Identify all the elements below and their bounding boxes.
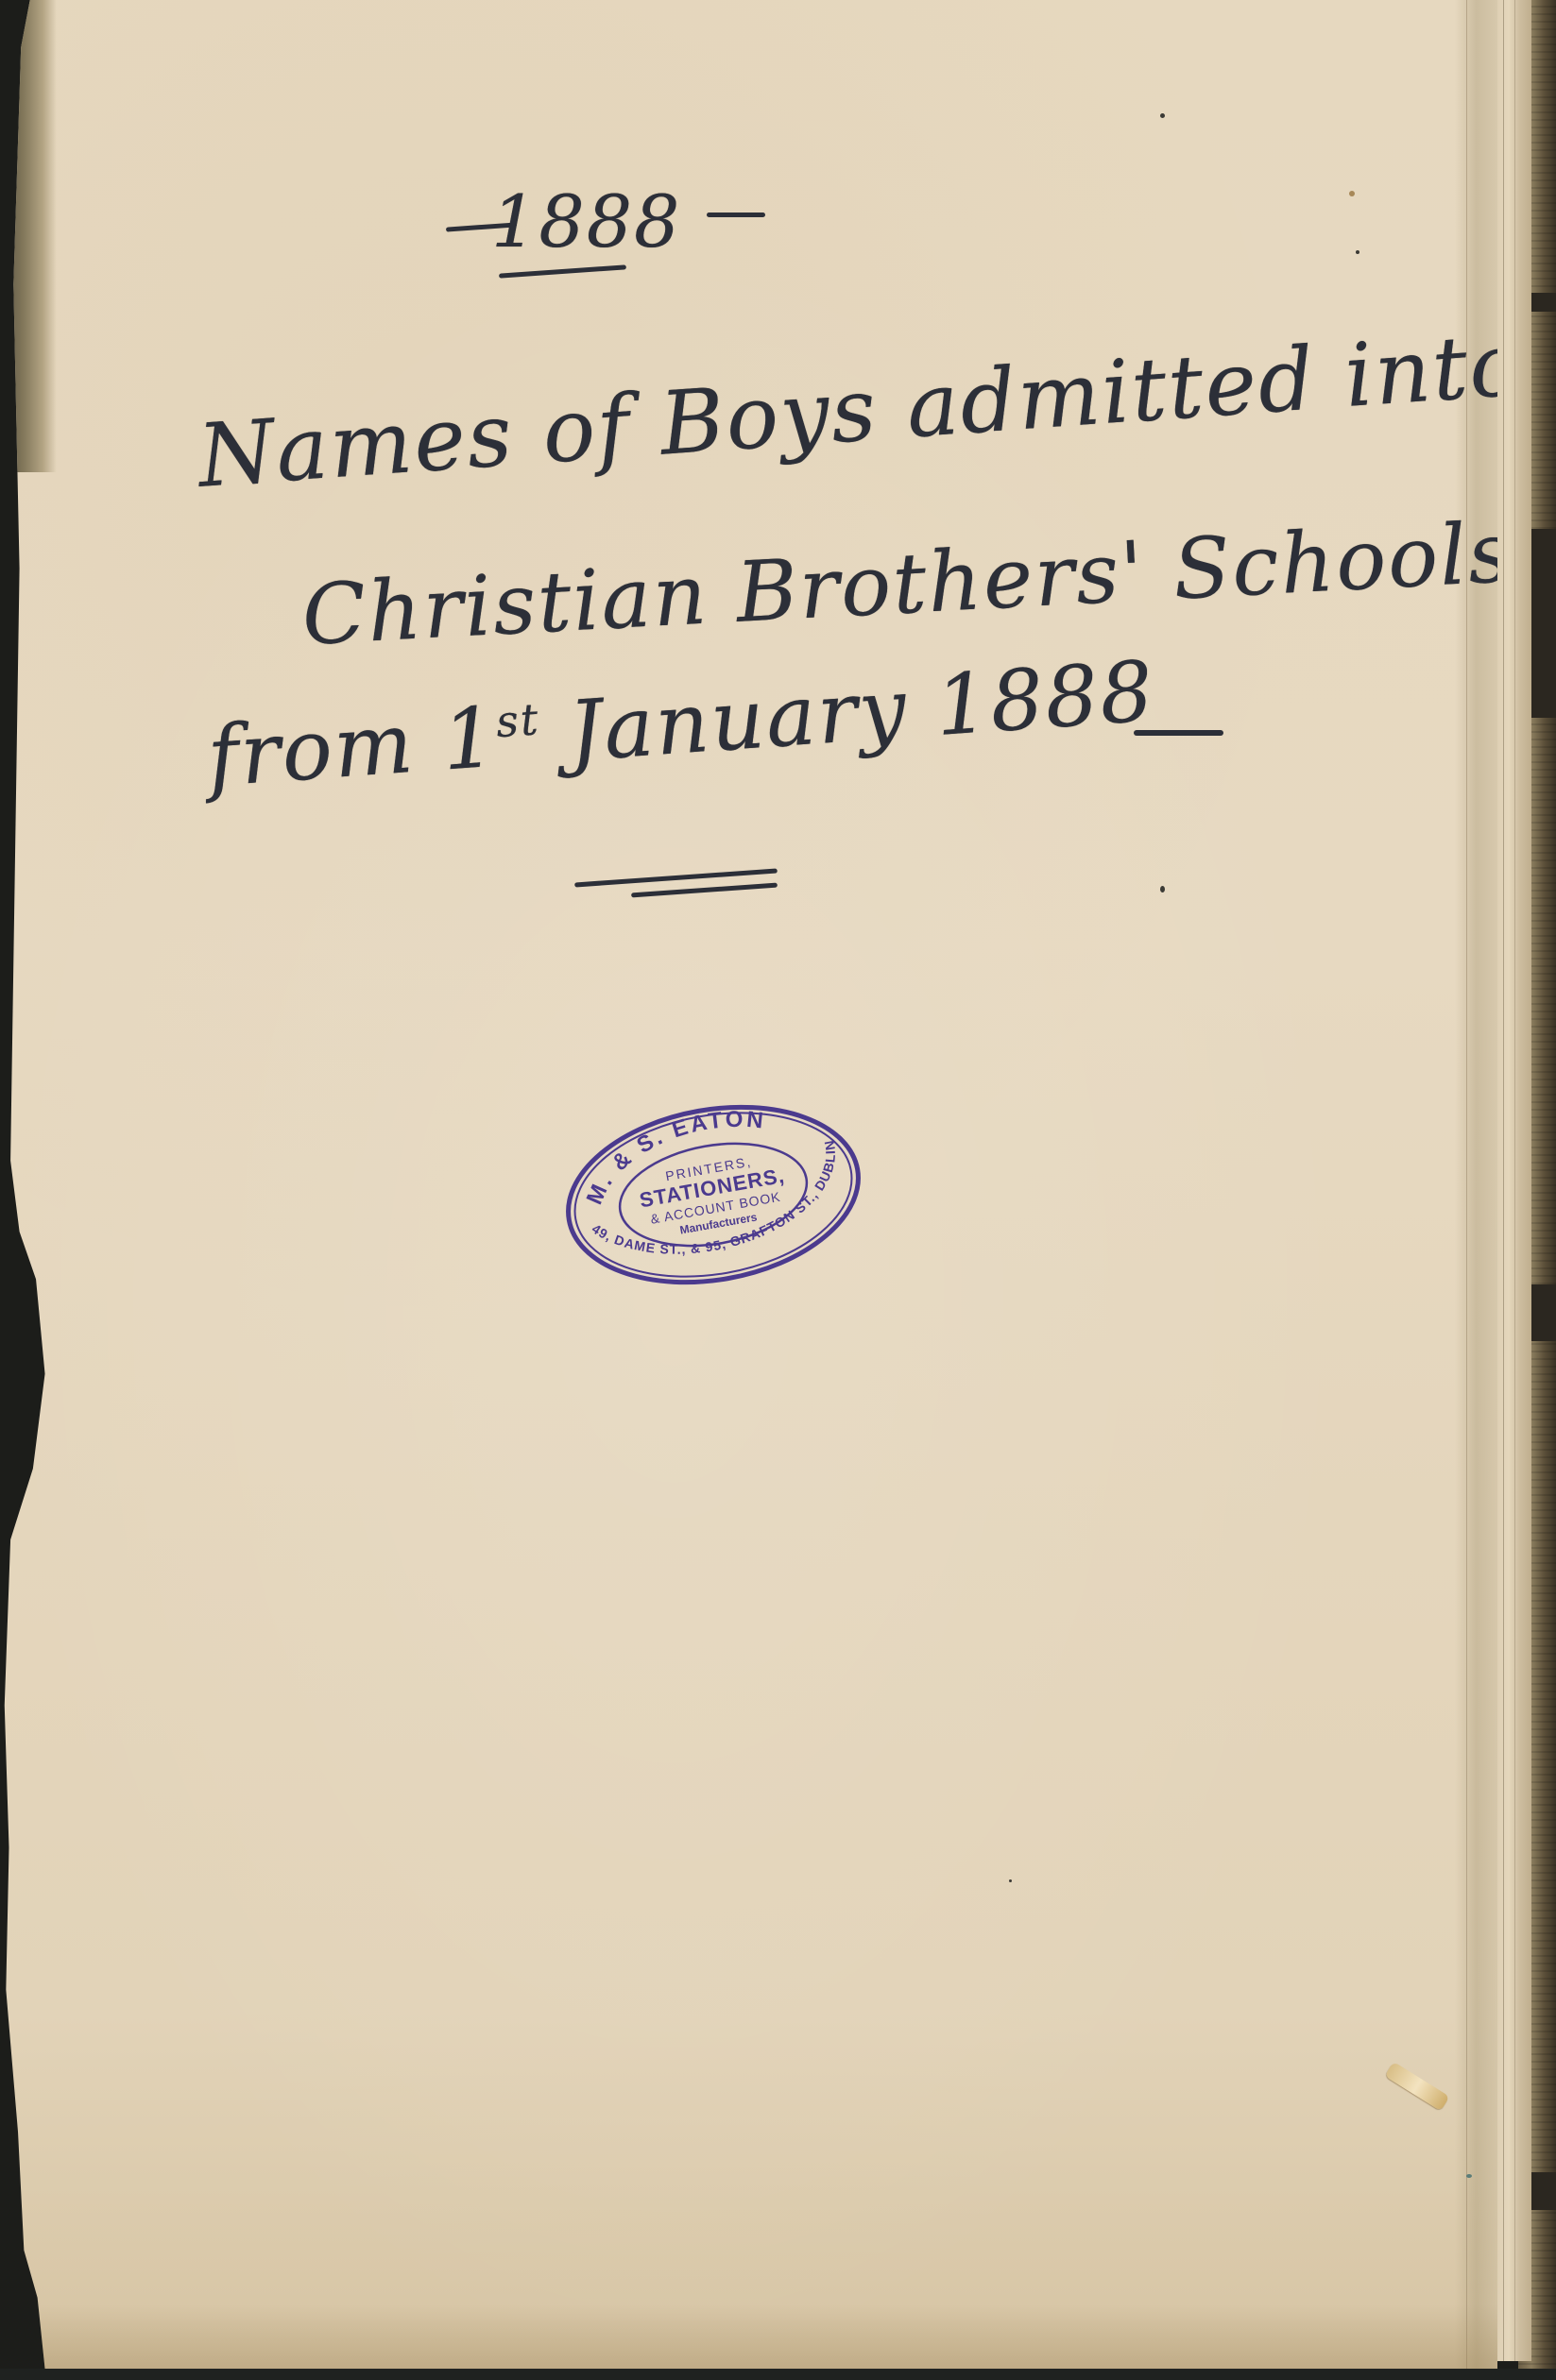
inscription-line-3: from 1st January 1888 xyxy=(204,642,1157,806)
paper-fiber-fragment xyxy=(1385,2062,1450,2111)
ink-fleck xyxy=(1009,1879,1012,1882)
bottom-foxing xyxy=(0,2304,1497,2371)
ink-fleck xyxy=(1356,250,1359,254)
printer-stamp: M. & S. EATON 49, DAME ST., & 95, GRAFTO… xyxy=(557,1096,869,1294)
heading-dash-right xyxy=(707,212,765,217)
inscription-from: from 1 xyxy=(204,688,500,806)
page-stack-edge xyxy=(1493,0,1531,2361)
inscription-end-dash xyxy=(1134,730,1223,736)
double-underline-bottom xyxy=(631,883,778,898)
inscription-line-1: Names of Boys admitted into the xyxy=(195,301,1556,507)
heading-underline xyxy=(499,264,626,278)
document-page: 1888 Names of Boys admitted into the Chr… xyxy=(0,0,1497,2369)
inscription-ordinal: st xyxy=(494,693,541,747)
inscription-line-2: Christian Brothers' Schools, Westland Ro… xyxy=(299,467,1556,663)
ink-fleck xyxy=(1160,886,1165,892)
book-bottom-edge xyxy=(0,2369,1556,2380)
heading-year: 1888 xyxy=(491,179,681,263)
ink-fleck xyxy=(1160,113,1165,118)
ink-fleck xyxy=(1466,2174,1472,2178)
inscription-date: January 1888 xyxy=(538,642,1158,782)
ink-fleck xyxy=(1349,191,1355,196)
water-stain xyxy=(0,0,57,472)
